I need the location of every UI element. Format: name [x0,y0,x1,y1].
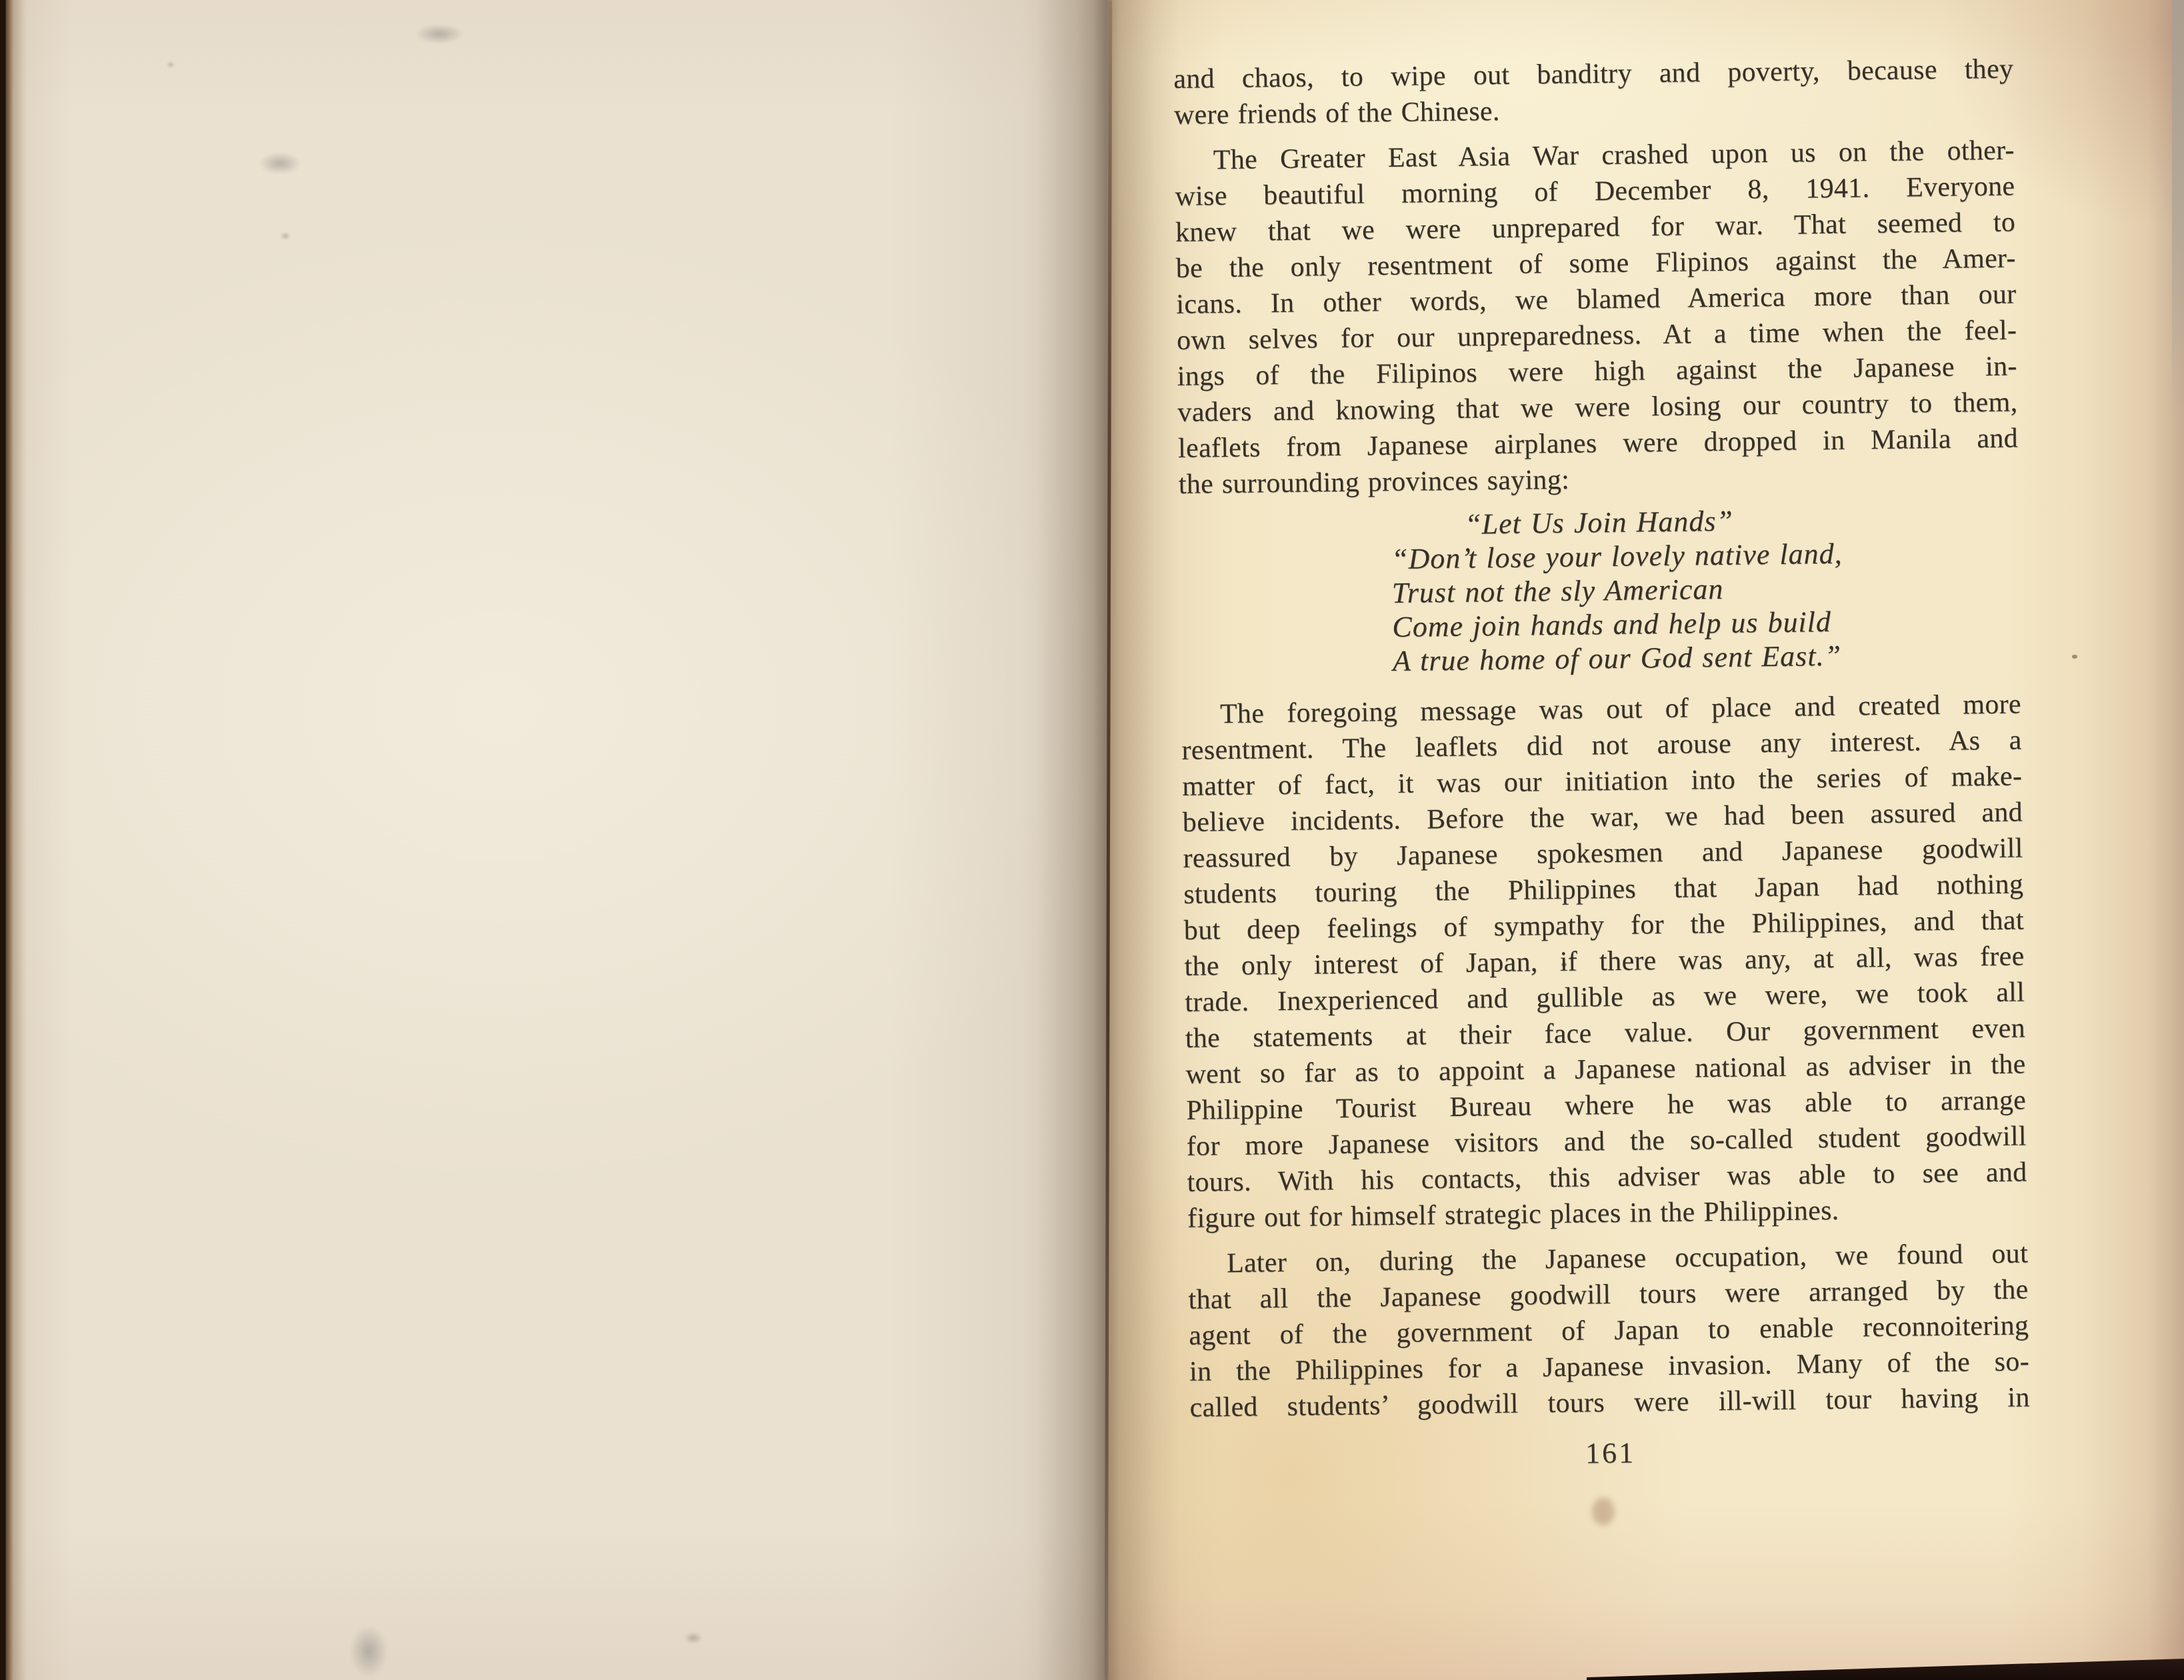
paragraph-war-crashed: The Greater East Asia War crashed upon u… [1174,133,2019,503]
leaflet-verse: “Let Us Join Hands”“Don’t lose your love… [1179,501,2021,681]
pencil-smudge [259,152,301,175]
pencil-smudge [415,24,464,44]
pencil-smudge [684,1632,703,1644]
pencil-smudge [349,1625,388,1677]
page-text-block: and chaos, to wipe out banditry and pove… [1173,51,2031,1477]
scan-right-edge [2172,0,2184,427]
left-page-blank [0,0,1109,1680]
pencil-smudge [167,61,175,68]
paragraph-foregoing-message: The foregoing message was out of place a… [1181,687,2028,1237]
paragraph-later-on: Later on, during the Japanese occupation… [1188,1235,2030,1425]
book-scan: and chaos, to wipe out banditry and pove… [0,0,2184,1680]
book-left-edge [0,0,27,1680]
paragraph-continuation: and chaos, to wipe out banditry and pove… [1173,51,2014,133]
text-line: A true home of our God sent East.” [1393,637,2021,679]
pencil-smudge [280,232,291,240]
